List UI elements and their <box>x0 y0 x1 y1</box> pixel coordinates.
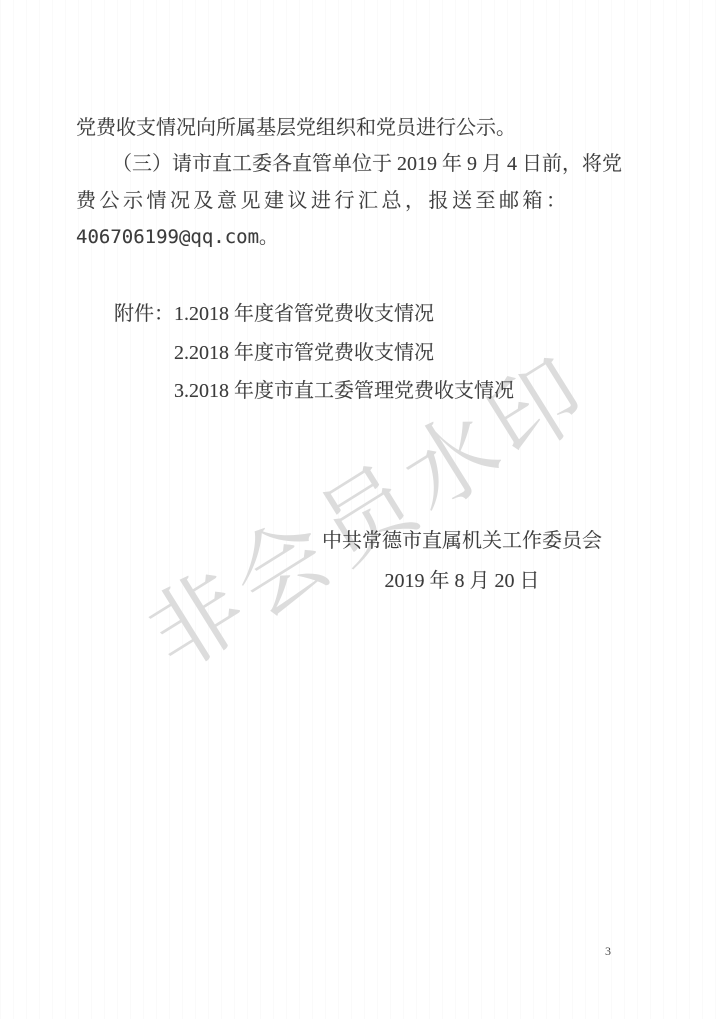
attachment-list-item-1: 附件：1.2018 年度省管党费收支情况 <box>114 303 434 326</box>
attachment-list-item-3: 3.2018 年度市直工委管理党费收支情况 <box>174 380 514 403</box>
watermark-text: 非会员水印 <box>119 319 613 696</box>
attachment-list-item-2: 2.2018 年度市管党费收支情况 <box>174 342 434 365</box>
email-address-text: 406706199@qq.com。 <box>76 227 278 249</box>
signature-organization: 中共常德市直属机关工作委员会 <box>322 530 602 553</box>
document-page: 非会员水印 党费收支情况向所属基层党组织和党员进行公示。 （三）请市直工委各直管… <box>0 0 720 1019</box>
body-paragraph-line-1: 党费收支情况向所属基层党组织和党员进行公示。 <box>76 117 516 140</box>
signature-date: 2019 年 8 月 20 日 <box>322 570 602 593</box>
page-number: 3 <box>605 944 611 959</box>
body-paragraph-line-3: 费公示情况及意见建议进行汇总，报送至邮箱： <box>76 190 570 213</box>
body-paragraph-line-2: （三）请市直工委各直管单位于 2019 年 9 月 4 日前，将党 <box>112 153 622 176</box>
